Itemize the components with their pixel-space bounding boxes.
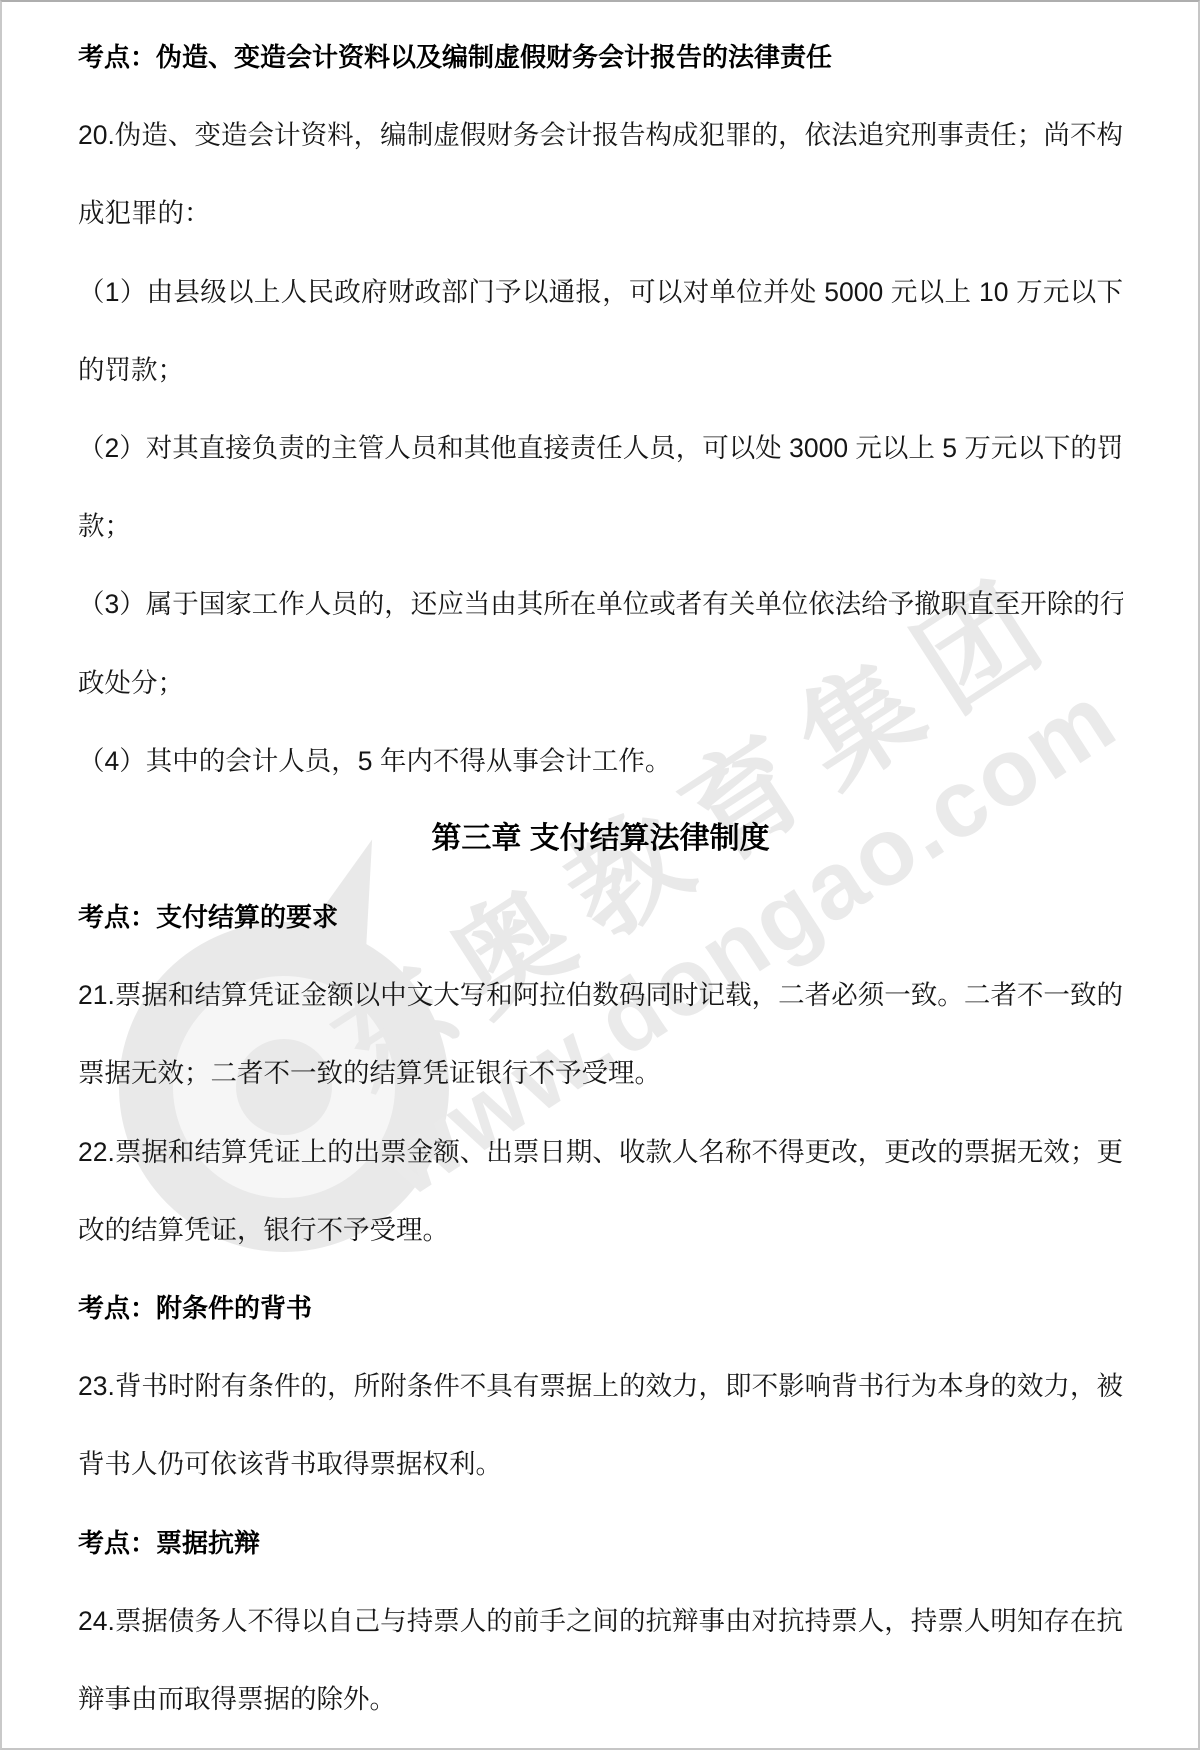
document-page: 东奥教育集团 www.dongao.com 考点：伪造、变造会计资料以及编制虚假…	[0, 0, 1200, 1750]
topic-heading: 考点：支付结算的要求	[78, 878, 1123, 956]
topic-heading: 考点：票据抗辩	[78, 1504, 1123, 1582]
chapter-heading: 第三章 支付结算法律制度	[78, 800, 1123, 878]
paragraph-line: 成犯罪的：	[78, 174, 1123, 252]
topic-heading: 考点：附条件的背书	[78, 1269, 1123, 1347]
topic-heading: 考点：伪造、变造会计资料以及编制虚假财务会计报告的法律责任	[78, 18, 1123, 96]
paragraph-line: 24.票据债务人不得以自己与持票人的前手之间的抗辩事由对抗持票人，持票人明知存在…	[78, 1582, 1123, 1660]
list-item-line: （3）属于国家工作人员的，还应当由其所在单位或者有关单位依法给予撤职直至开除的行	[78, 565, 1123, 643]
paragraph-line: 20.伪造、变造会计资料，编制虚假财务会计报告构成犯罪的，依法追究刑事责任；尚不…	[78, 96, 1123, 174]
paragraph-line: 21.票据和结算凭证金额以中文大写和阿拉伯数码同时记载，二者必须一致。二者不一致…	[78, 956, 1123, 1034]
list-item-line: 的罚款；	[78, 331, 1123, 409]
document-content: 考点：伪造、变造会计资料以及编制虚假财务会计报告的法律责任 20.伪造、变造会计…	[2, 2, 1198, 1738]
paragraph-line: 改的结算凭证，银行不予受理。	[78, 1191, 1123, 1269]
list-item-line: 款；	[78, 487, 1123, 565]
paragraph-line: 背书人仍可依该背书取得票据权利。	[78, 1425, 1123, 1503]
list-item-line: （4）其中的会计人员，5 年内不得从事会计工作。	[78, 722, 1123, 800]
list-item-line: 政处分；	[78, 644, 1123, 722]
paragraph-line: 23.背书时附有条件的，所附条件不具有票据上的效力，即不影响背书行为本身的效力，…	[78, 1347, 1123, 1425]
list-item-line: （1）由县级以上人民政府财政部门予以通报，可以对单位并处 5000 元以上 10…	[78, 253, 1123, 331]
paragraph-line: 票据无效；二者不一致的结算凭证银行不予受理。	[78, 1034, 1123, 1112]
paragraph-line: 22.票据和结算凭证上的出票金额、出票日期、收款人名称不得更改，更改的票据无效；…	[78, 1113, 1123, 1191]
list-item-line: （2）对其直接负责的主管人员和其他直接责任人员，可以处 3000 元以上 5 万…	[78, 409, 1123, 487]
paragraph-line: 辩事由而取得票据的除外。	[78, 1660, 1123, 1738]
